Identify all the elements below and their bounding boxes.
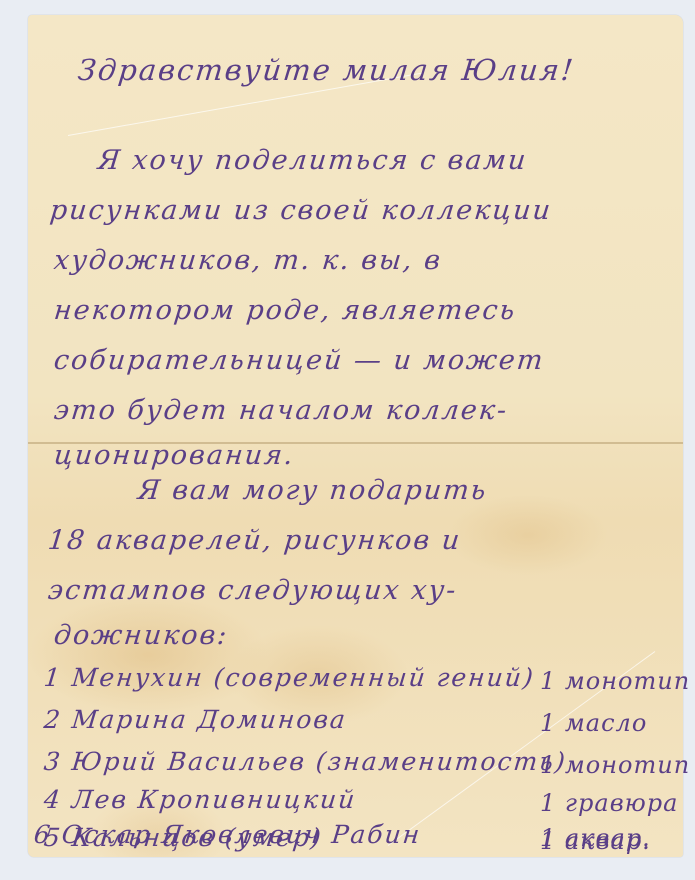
artist-number: 2	[42, 705, 63, 734]
artist-row: 6 Оскар Яковлевич Рабин	[32, 820, 422, 849]
letter-line: Я вам могу подарить	[136, 475, 489, 506]
letter-line: рисунками из своей коллекции	[48, 195, 553, 226]
artist-name: Менухин (современный гений)	[70, 663, 536, 692]
letter-line: некотором роде, являетесь	[52, 295, 518, 326]
artist-row: 2 Марина Доминова	[42, 705, 348, 734]
artist-row: 4 Лев Кропивницкий	[42, 785, 357, 814]
artist-row: 3 Юрий Васильев (знаменитость)	[42, 747, 568, 776]
letter-line: Я хочу поделиться с вами	[96, 145, 529, 176]
artist-number: 4	[42, 785, 63, 814]
artist-name: Марина Доминова	[70, 705, 348, 734]
artist-number: 6	[32, 820, 53, 849]
letter-line: эстампов следующих ху-	[46, 575, 459, 606]
artist-name: Оскар Яковлевич Рабин	[60, 820, 422, 849]
artist-item: 1 гравюра	[540, 789, 678, 817]
artist-item: 1 монотип	[540, 751, 690, 779]
artist-item: 1 масло	[540, 709, 647, 737]
letter-line: ционирования.	[52, 440, 296, 471]
artist-name: Лев Кропивницкий	[70, 785, 358, 814]
letter-line: дожников:	[52, 620, 230, 651]
artist-name: Юрий Васильев (знаменитость)	[70, 747, 568, 776]
artist-number: 3	[42, 747, 63, 776]
greeting: Здравствуйте милая Юлия!	[76, 53, 576, 87]
artist-row: 1 Менухин (современный гений)	[42, 663, 536, 692]
letter-paper: Здравствуйте милая Юлия! Я хочу поделить…	[28, 15, 683, 857]
artist-number: 1	[42, 663, 63, 692]
artist-item: 1 аквар.	[540, 824, 651, 852]
letter-line: художников, т. к. вы, в	[52, 245, 443, 276]
letter-line: 18 акварелей, рисунков и	[46, 525, 463, 556]
artist-item: 1 монотип	[540, 667, 690, 695]
letter-line: собирательницей — и может	[52, 345, 546, 376]
letter-line: это будет началом коллек-	[52, 395, 509, 426]
